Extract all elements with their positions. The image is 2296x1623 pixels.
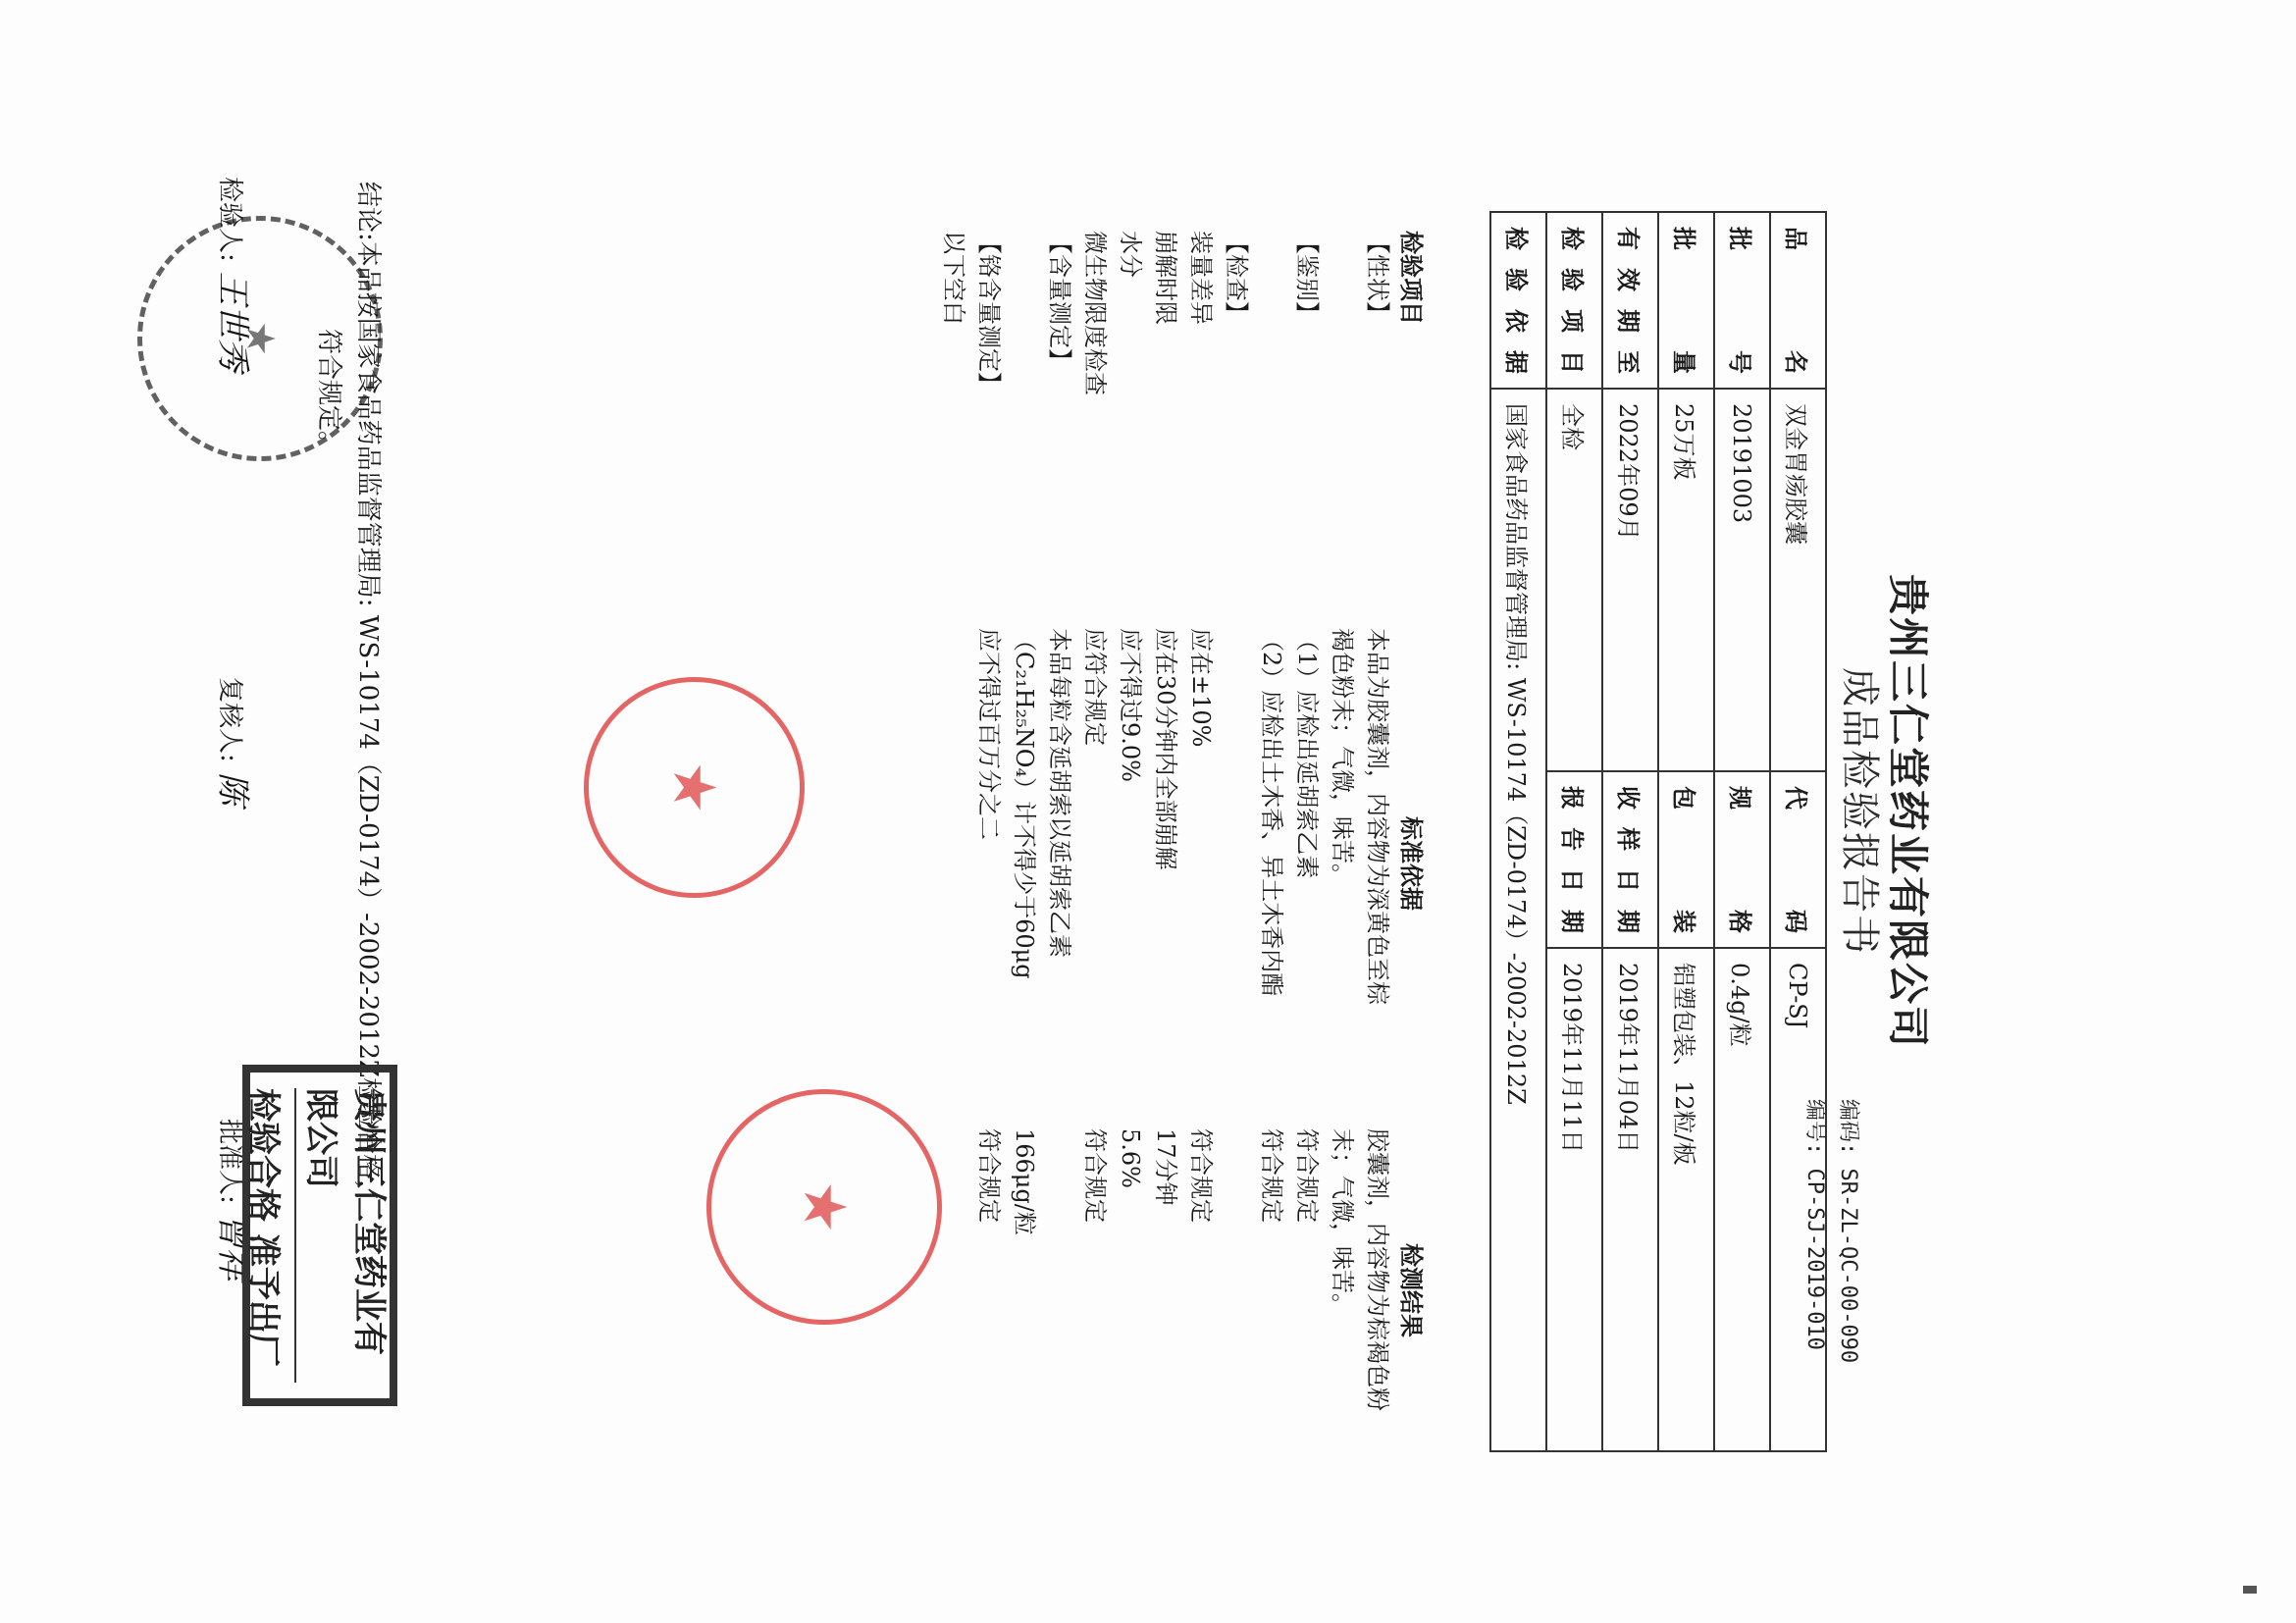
value-packaging: 铝塑包装、12粒/板 xyxy=(1658,948,1714,1451)
red-seal-company: ★ xyxy=(706,1089,942,1325)
result-cell: 17分钟 xyxy=(1148,1128,1183,1482)
standard-cell xyxy=(936,628,971,1138)
reviewer-label: 复核人: xyxy=(215,677,244,762)
inspection-standards: 本品为胶囊剂，内容物为深黄色至棕 褐色粉末；气微，味苦。 （1）应检出延胡索乙素… xyxy=(936,628,1395,1138)
star-icon: ★ xyxy=(237,321,283,356)
standard-cell: 应符合规定 xyxy=(1077,628,1113,1138)
item-cell xyxy=(1325,231,1360,395)
table-row: 检验项目 全检 报告日期 2019年11月11日 xyxy=(1546,212,1602,1451)
standard-cell: （2）应检出土木香、异土木香内酯 xyxy=(1254,628,1289,1138)
label-product-name: 品 名 xyxy=(1770,212,1826,389)
label-spec: 规 格 xyxy=(1714,771,1770,948)
value-product-name: 双金胃疡胶囊 xyxy=(1770,389,1826,771)
red-seal-quality-department: ★ xyxy=(584,677,805,898)
item-cell: 崩解时限 xyxy=(1148,231,1183,395)
standard-cell: （C₂₁H₂₅NO₄）计不得少于60μg xyxy=(1007,628,1042,1138)
item-cell: 水分 xyxy=(1113,231,1148,395)
scan-mark xyxy=(2243,1586,2257,1594)
value-sample-date: 2019年11月04日 xyxy=(1602,948,1658,1451)
star-icon: ★ xyxy=(660,761,729,814)
result-cell: 末；气微，味苦。 xyxy=(1325,1128,1360,1482)
standard-cell: 应不得过百万分之二 xyxy=(971,628,1007,1138)
column-header-standard: 标准依据 xyxy=(1396,628,1431,1099)
item-cell: 【含量测定】 xyxy=(1042,231,1077,395)
rect-stamp-line-1: 贵州三仁堂药业有限公司 xyxy=(301,1088,397,1383)
standard-cell: 应在±10% xyxy=(1183,628,1219,1138)
standard-cell: 褐色粉末；气微，味苦。 xyxy=(1325,628,1360,1138)
result-cell xyxy=(1042,1128,1077,1482)
value-code: CP-SJ xyxy=(1770,948,1826,1451)
standard-cell: 应不得过9.0% xyxy=(1113,628,1148,1138)
value-test-items: 全检 xyxy=(1546,389,1602,771)
label-expiry: 有效期至 xyxy=(1602,212,1658,389)
inspection-items: 【性状】 【鉴别】 【检查】 装量差异 崩解时限 水分 微生物限度检查 【含量测… xyxy=(936,231,1395,395)
item-cell: 【检查】 xyxy=(1219,231,1254,395)
value-spec: 0.4g/粒 xyxy=(1714,948,1770,1451)
standard-cell: 本品每粒含延胡索以延胡索乙素 xyxy=(1042,628,1077,1138)
item-cell: 微生物限度检查 xyxy=(1077,231,1113,395)
item-cell: 以下空白 xyxy=(936,231,971,395)
result-cell: 5.6% xyxy=(1113,1128,1148,1482)
report-title: 成品检验报告书 xyxy=(1835,0,1891,1623)
label-code: 代 码 xyxy=(1770,771,1826,948)
result-cell xyxy=(936,1128,971,1482)
label-sample-date: 收样日期 xyxy=(1602,771,1658,948)
rectangular-release-stamp: 贵州三仁堂药业有限公司 检验合格 准予出厂 xyxy=(242,1065,397,1406)
label-test-basis: 检验依据 xyxy=(1490,212,1546,389)
item-cell: 【铬含量测定】 xyxy=(971,231,1007,395)
value-test-basis: 国家食品药品监督管理局: WS-10174（ZD-0174）-2002-2012… xyxy=(1490,389,1546,1451)
label-report-date: 报告日期 xyxy=(1546,771,1602,948)
result-cell: 符合规定 xyxy=(1254,1128,1289,1482)
result-cell: 符合规定 xyxy=(1077,1128,1113,1482)
form-code: 编码: SR-ZL-QC-00-090 xyxy=(1831,1099,1864,1363)
inspection-results: 胶囊剂，内容物为棕褐色粉 末；气微，味苦。 符合规定 符合规定 符合规定 17分… xyxy=(936,1128,1395,1482)
approver-label: 批准人: xyxy=(215,1119,244,1204)
item-cell: 【性状】 xyxy=(1360,231,1395,395)
result-cell: 符合规定 xyxy=(1289,1128,1325,1482)
table-row: 有效期至 2022年09月 收样日期 2019年11月04日 xyxy=(1602,212,1658,1451)
table-row: 批 号 20191003 规 格 0.4g/粒 xyxy=(1714,212,1770,1451)
standard-cell: 本品为胶囊剂，内容物为深黄色至棕 xyxy=(1360,628,1395,1138)
reviewer-signature: 复核人:陈 xyxy=(212,677,260,806)
table-row: 检验依据 国家食品药品监督管理局: WS-10174（ZD-0174）-2002… xyxy=(1490,212,1546,1451)
item-cell: 【鉴别】 xyxy=(1289,231,1325,395)
label-batch-size: 批 量 xyxy=(1658,212,1714,389)
star-icon: ★ xyxy=(790,1180,859,1233)
value-report-date: 2019年11月11日 xyxy=(1546,948,1602,1451)
value-batch-no: 20191003 xyxy=(1714,389,1770,771)
label-packaging: 包 装 xyxy=(1658,771,1714,948)
value-batch-size: 25万板 xyxy=(1658,389,1714,771)
column-header-item: 检验项目 xyxy=(1396,231,1431,325)
label-test-items: 检验项目 xyxy=(1546,212,1602,389)
standard-cell: 应在30分钟内全部崩解 xyxy=(1148,628,1183,1138)
item-cell xyxy=(1007,231,1042,395)
item-cell: 装量差异 xyxy=(1183,231,1219,395)
reviewer-handwriting: 陈 xyxy=(213,772,252,806)
result-cell: 166μg/粒 xyxy=(1007,1128,1042,1482)
result-cell xyxy=(1219,1128,1254,1482)
result-cell: 胶囊剂，内容物为棕褐色粉 xyxy=(1360,1128,1395,1482)
label-batch-no: 批 号 xyxy=(1714,212,1770,389)
table-row: 批 量 25万板 包 装 铝塑包装、12粒/板 xyxy=(1658,212,1714,1451)
conclusion-label: 结论: xyxy=(353,182,383,241)
column-header-result: 检测结果 xyxy=(1396,1128,1431,1452)
standard-cell: （1）应检出延胡索乙素 xyxy=(1289,628,1325,1138)
standard-cell xyxy=(1219,628,1254,1138)
inspection-report-page: 贵州三仁堂药业有限公司 成品检验报告书 编码: SR-ZL-QC-00-090 … xyxy=(0,0,2296,1623)
value-expiry: 2022年09月 xyxy=(1602,389,1658,771)
item-cell xyxy=(1254,231,1289,395)
result-cell: 符合规定 xyxy=(971,1128,1007,1482)
black-round-seal: ★ xyxy=(137,216,383,461)
result-cell: 符合规定 xyxy=(1183,1128,1219,1482)
table-row: 品 名 双金胃疡胶囊 代 码 CP-SJ xyxy=(1770,212,1826,1451)
rect-stamp-line-2: 检验合格 准予出厂 xyxy=(243,1088,291,1383)
product-info-table: 品 名 双金胃疡胶囊 代 码 CP-SJ 批 号 20191003 规 格 0.… xyxy=(1489,211,1827,1452)
